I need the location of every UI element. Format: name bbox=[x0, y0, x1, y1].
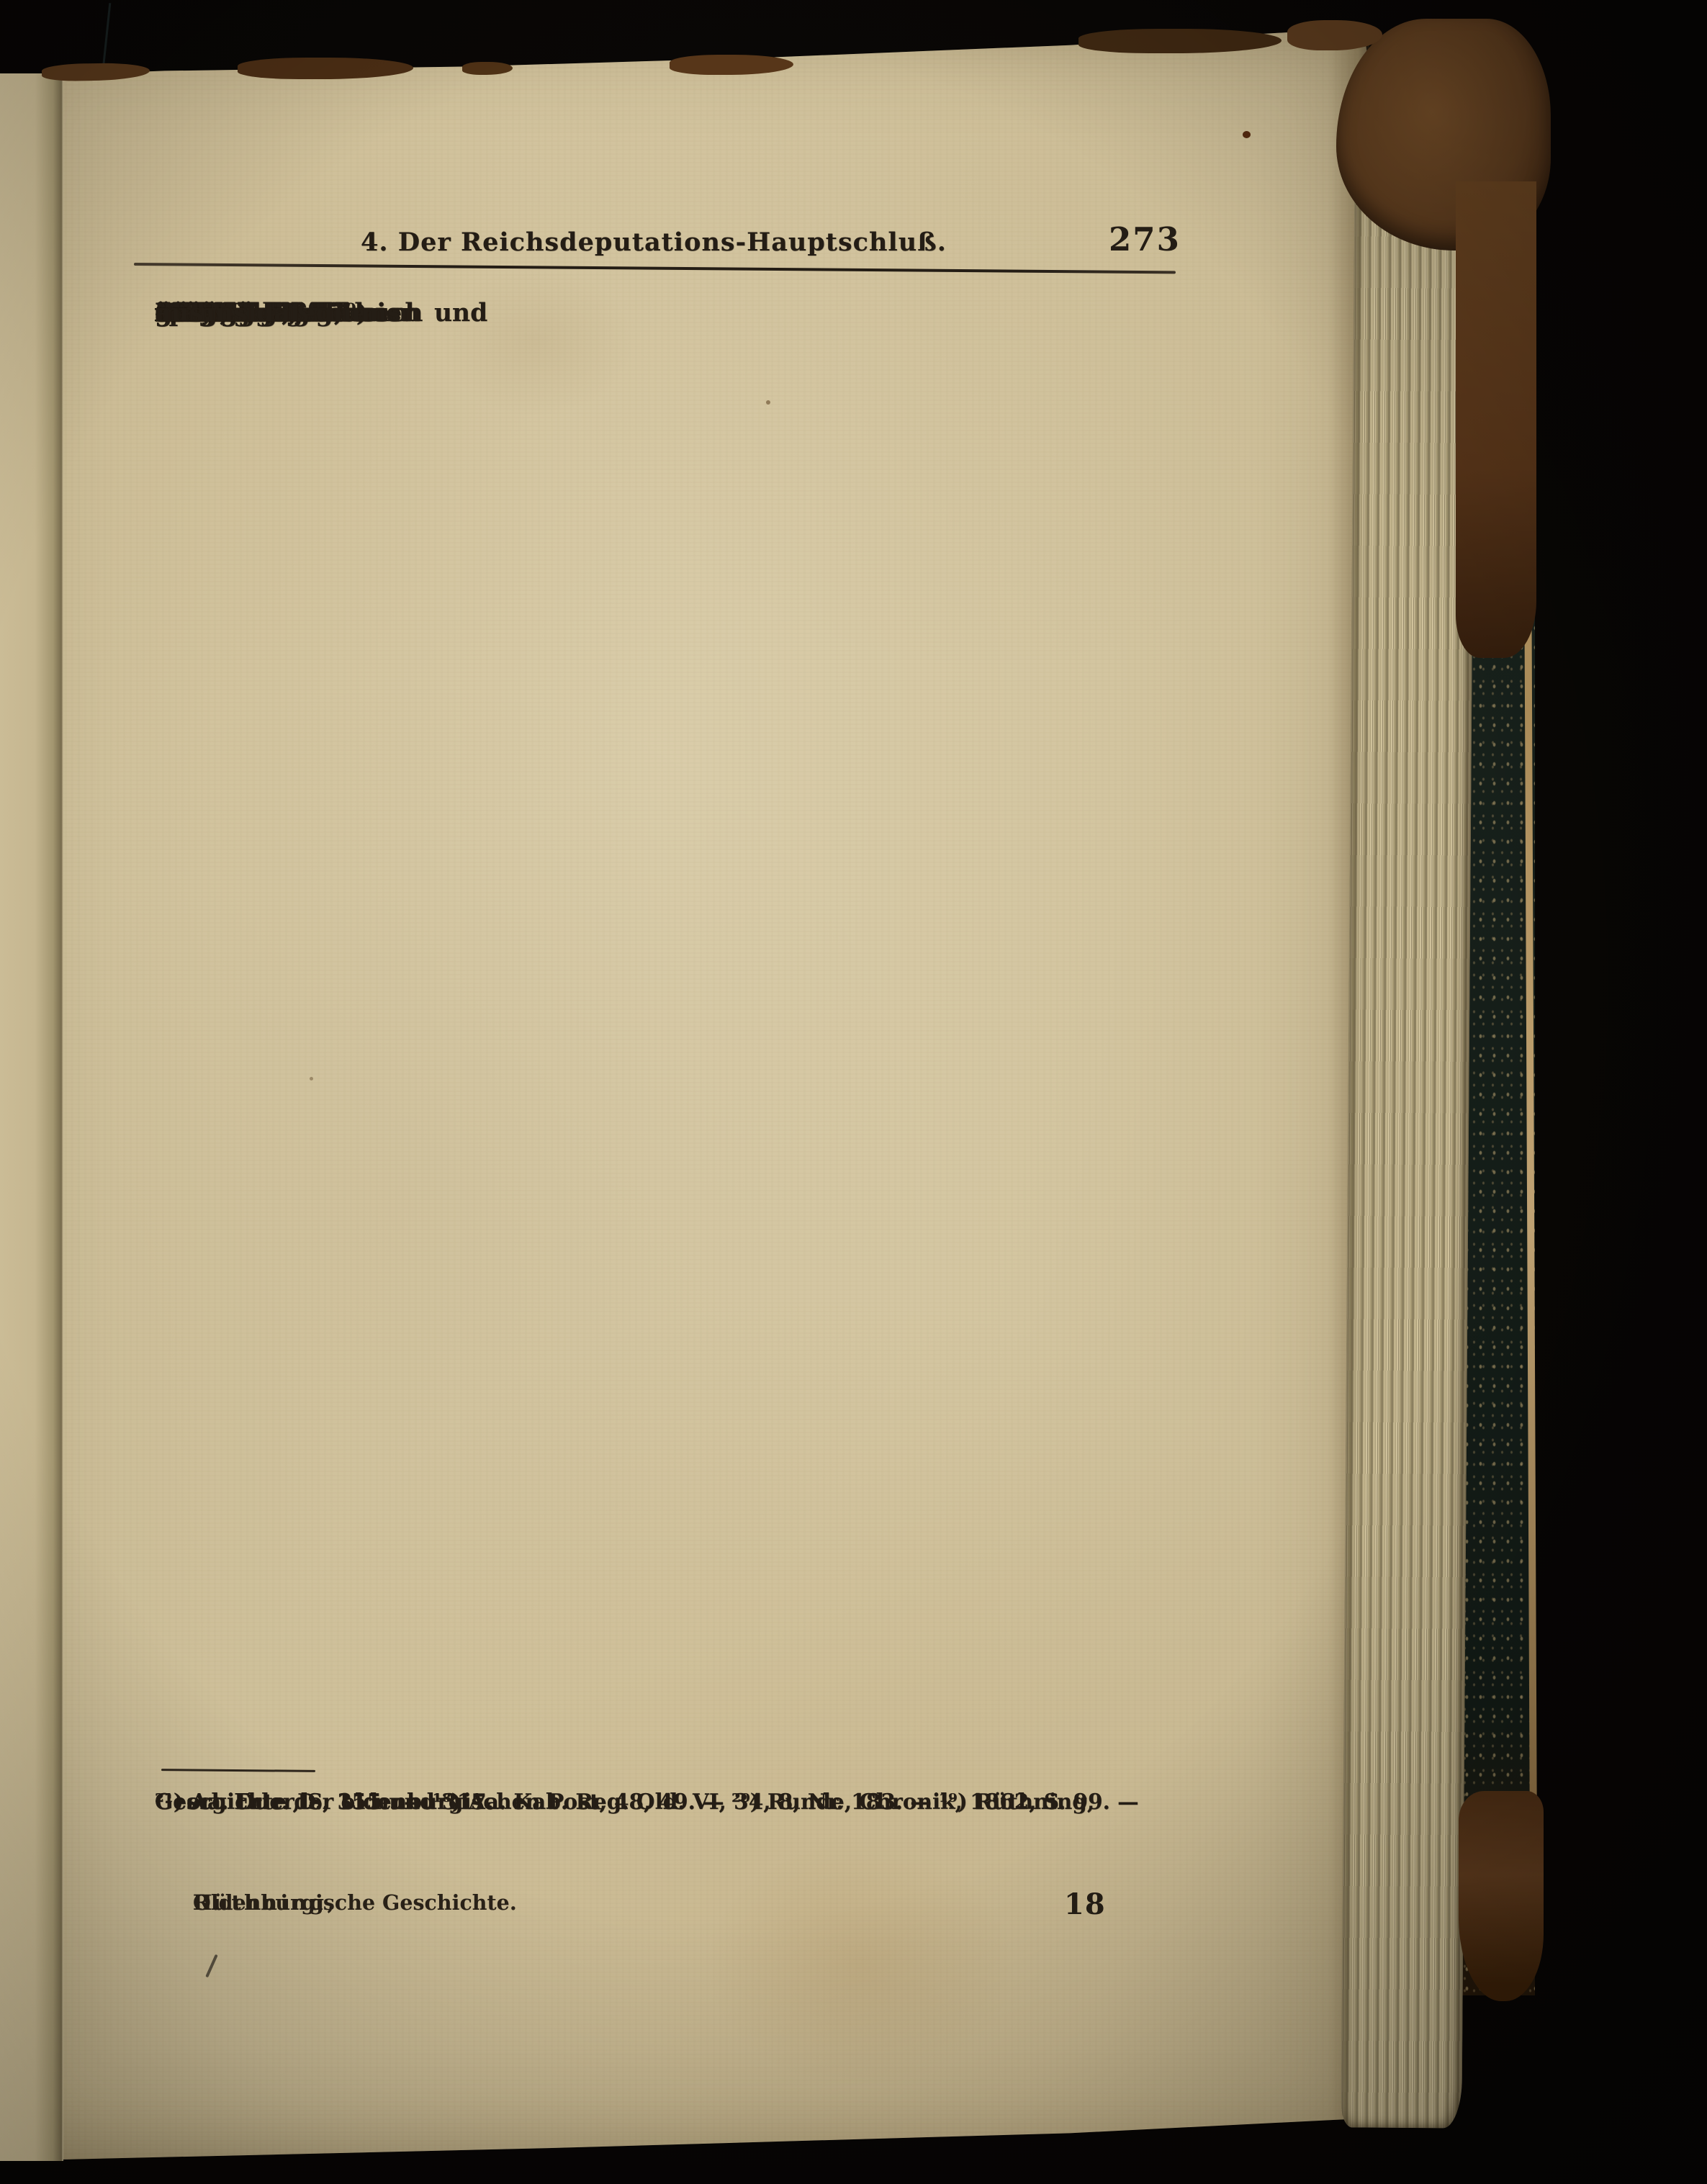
text-line: aus, daß sie bei ihren Freiheiten und Vo… bbox=[155, 294, 309, 333]
ink-speck bbox=[766, 400, 770, 405]
running-title: 4. Der Reichsdeputations-Hauptschluß. bbox=[155, 227, 1153, 257]
leather-corner-bottom bbox=[1459, 1791, 1544, 2001]
paper-stain bbox=[706, 1843, 1015, 2088]
page-left-crease bbox=[0, 73, 63, 2161]
book-photo: 4. Der Reichsdeputations-Hauptschluß. 27… bbox=[0, 0, 1707, 2184]
paper-stain bbox=[439, 266, 634, 418]
ink-speck bbox=[310, 1077, 313, 1080]
leather-spine-band bbox=[1456, 181, 1536, 658]
book-page bbox=[0, 22, 1372, 2163]
page-number: 273 bbox=[1109, 220, 1188, 258]
footnote-line: ²¹) Aa. Duc. D., 315 und 317. bbox=[155, 1785, 494, 1818]
signature-series: Oldenburgische Geschichte. bbox=[193, 1890, 517, 1915]
sheet-number: 18 bbox=[1064, 1887, 1106, 1921]
ink-speck bbox=[1243, 131, 1251, 138]
signature-volume: II. bbox=[193, 1890, 220, 1915]
